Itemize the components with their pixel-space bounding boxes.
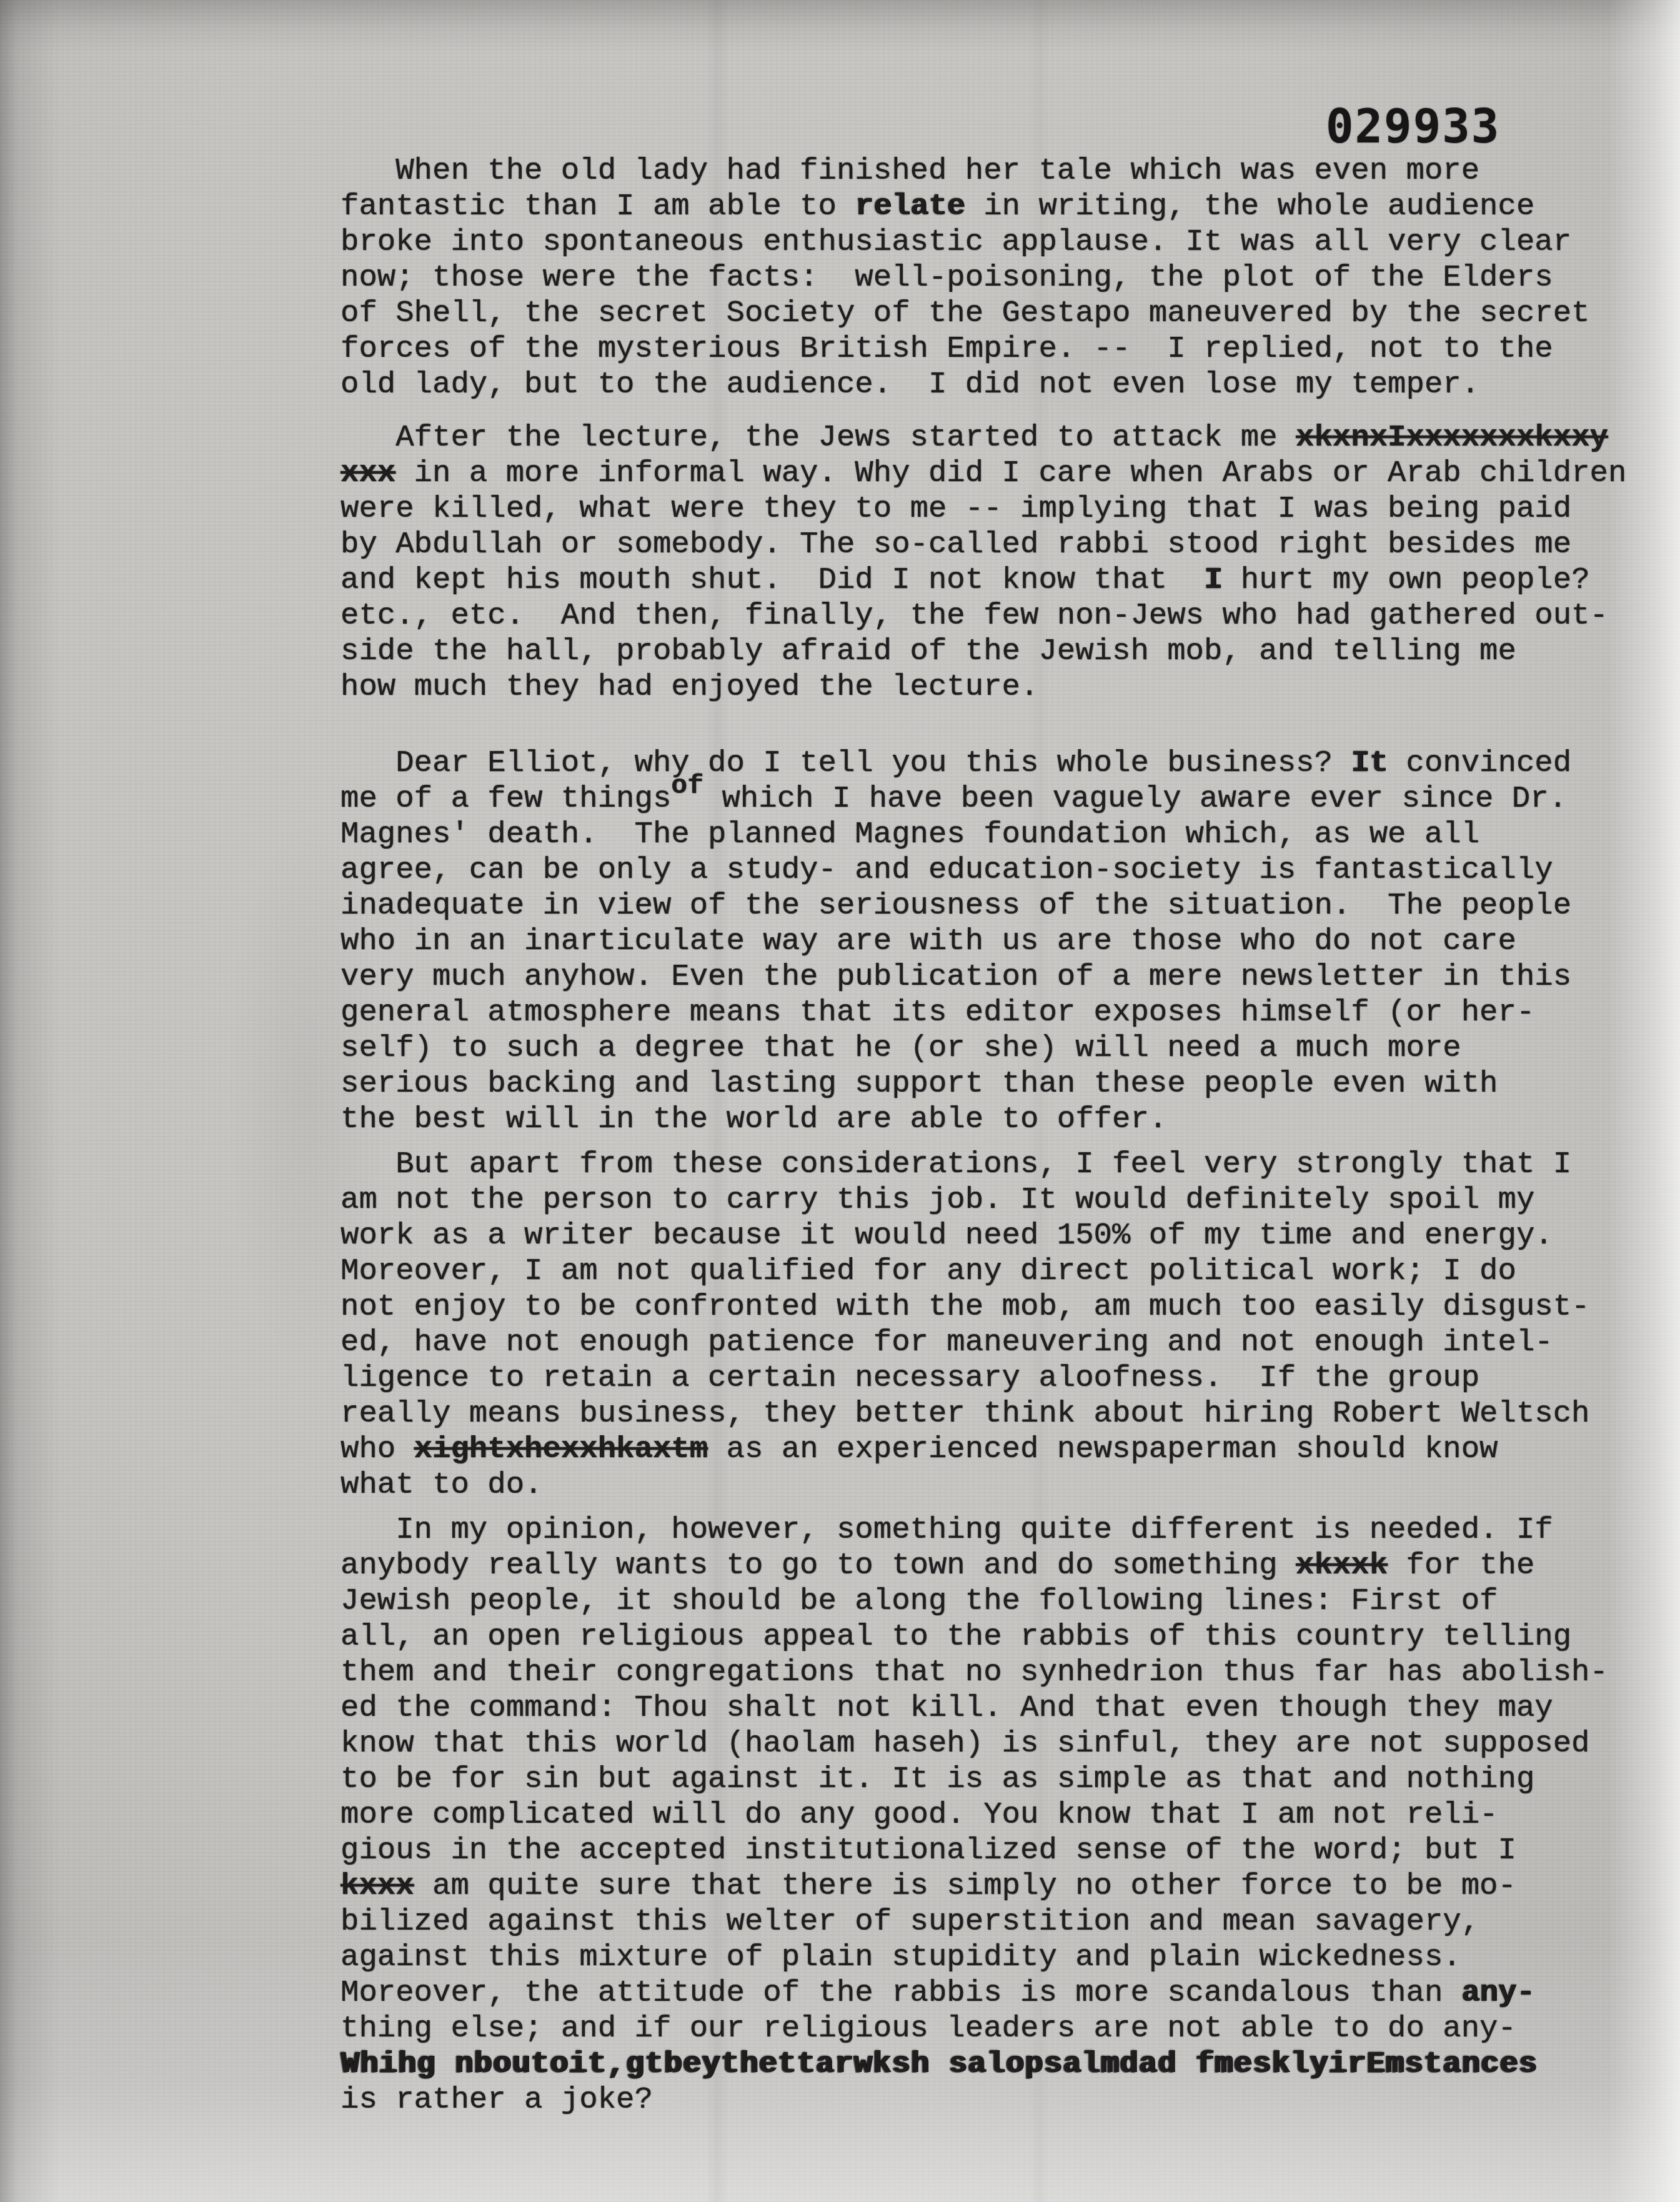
text-line: In my opinion, however, something quite … xyxy=(340,1512,1608,1548)
text-segment: not enjoy to be confronted with the mob,… xyxy=(340,1289,1590,1324)
text-line: am not the person to carry this job. It … xyxy=(340,1182,1590,1218)
text-segment: who xyxy=(340,1432,414,1467)
text-line: work as a writer because it would need 1… xyxy=(340,1218,1590,1253)
text-segment: in writing, the whole audience xyxy=(965,189,1535,224)
overtyped-garbled-line: Whihg nboutoit,gtbeythettarwksh salopsal… xyxy=(340,2046,1538,2081)
paragraph: In my opinion, however, something quite … xyxy=(340,1512,1608,2118)
text-segment: Moreover, I am not qualified for any dir… xyxy=(340,1253,1516,1288)
text-segment: serious backing and lasting support than… xyxy=(340,1066,1498,1101)
text-segment: the best will in the world are able to o… xyxy=(340,1102,1167,1137)
struck-out-text: xkxxk xyxy=(1296,1548,1388,1583)
text-segment: were killed, what were they to me -- imp… xyxy=(340,491,1571,526)
paragraph: When the old lady had finished her tale … xyxy=(340,153,1590,402)
text-segment: But apart from these considerations, I f… xyxy=(340,1147,1571,1182)
text-line: very much anyhow. Even the publication o… xyxy=(340,959,1571,995)
overtyped-text: I xyxy=(1204,562,1222,597)
text-segment: in a more informal way. Why did I care w… xyxy=(395,456,1626,491)
text-line: kxxx am quite sure that there is simply … xyxy=(340,1868,1608,1904)
text-line: anybody really wants to go to town and d… xyxy=(340,1548,1608,1583)
text-line: not enjoy to be confronted with the mob,… xyxy=(340,1289,1590,1325)
text-segment: more complicated will do any good. You k… xyxy=(340,1797,1498,1832)
text-line: When the old lady had finished her tale … xyxy=(340,153,1590,189)
text-line: by Abdullah or somebody. The so-called r… xyxy=(340,527,1626,562)
text-line: serious backing and lasting support than… xyxy=(340,1066,1571,1102)
text-segment: what to do. xyxy=(340,1467,542,1502)
letter-text-block: When the old lady had finished her tale … xyxy=(0,0,1680,2202)
inserted-above-text: of xyxy=(671,770,703,801)
text-segment: and kept his mouth shut. Did I not know … xyxy=(340,562,1204,597)
text-segment: which I have been vaguely aware ever sin… xyxy=(703,781,1567,816)
overtyped-text: relate xyxy=(855,189,965,224)
text-line: and kept his mouth shut. Did I not know … xyxy=(340,562,1626,598)
text-line: really means business, they better think… xyxy=(340,1396,1590,1432)
text-line: to be for sin but against it. It is as s… xyxy=(340,1761,1608,1797)
text-line: self) to such a degree that he (or she) … xyxy=(340,1030,1571,1066)
text-segment: know that this world (haolam haseh) is s… xyxy=(340,1726,1590,1761)
text-segment: by Abdullah or somebody. The so-called r… xyxy=(340,527,1571,562)
text-segment: work as a writer because it would need 1… xyxy=(340,1218,1553,1253)
struck-out-text: xkxnxIxxxxxxxkxxy xyxy=(1296,420,1608,455)
text-segment: old lady, but to the audience. I did not… xyxy=(340,367,1479,402)
text-line: Whihg nboutoit,gtbeythettarwksh salopsal… xyxy=(340,2046,1608,2082)
text-segment: convinced xyxy=(1388,745,1571,780)
text-segment: as an experienced newspaperman should kn… xyxy=(708,1432,1498,1467)
text-segment: how much they had enjoyed the lecture. xyxy=(340,669,1038,704)
text-line: ligence to retain a certain necessary al… xyxy=(340,1360,1590,1396)
text-segment: bilized against this welter of superstit… xyxy=(340,1904,1479,1939)
text-segment: ligence to retain a certain necessary al… xyxy=(340,1360,1479,1395)
text-line: old lady, but to the audience. I did not… xyxy=(340,367,1590,402)
text-segment: me of a few things xyxy=(340,781,671,816)
text-line: of Shell, the secret Society of the Gest… xyxy=(340,296,1590,331)
text-line: who in an inarticulate way are with us a… xyxy=(340,924,1571,959)
text-line: side the hall, probably afraid of the Je… xyxy=(340,634,1626,669)
text-segment: of Shell, the secret Society of the Gest… xyxy=(340,296,1590,331)
text-segment: am quite sure that there is simply no ot… xyxy=(414,1868,1516,1903)
text-line: how much they had enjoyed the lecture. xyxy=(340,669,1626,705)
text-segment: against this mixture of plain stupidity … xyxy=(340,1940,1461,1975)
text-line: all, an open religious appeal to the rab… xyxy=(340,1619,1608,1655)
text-line: bilized against this welter of superstit… xyxy=(340,1904,1608,1940)
text-line: xxx in a more informal way. Why did I ca… xyxy=(340,456,1626,491)
text-segment: anybody really wants to go to town and d… xyxy=(340,1548,1296,1583)
text-segment: is rather a joke? xyxy=(340,2082,653,2117)
text-line: But apart from these considerations, I f… xyxy=(340,1147,1590,1182)
text-line: gious in the accepted institutionalized … xyxy=(340,1833,1608,1868)
text-segment: general atmosphere means that its editor… xyxy=(340,995,1534,1030)
text-segment: Moreover, the attitude of the rabbis is … xyxy=(340,1975,1461,2010)
text-segment: self) to such a degree that he (or she) … xyxy=(340,1030,1461,1065)
struck-out-text: kxxx xyxy=(340,1868,414,1903)
text-segment: After the lecture, the Jews started to a… xyxy=(340,420,1296,455)
text-segment: When the old lady had finished her tale … xyxy=(340,153,1479,188)
text-segment: ed, have not enough patience for maneuve… xyxy=(340,1325,1553,1360)
text-segment: them and their congregations that no syn… xyxy=(340,1655,1608,1690)
text-segment: fantastic than I am able to xyxy=(340,189,855,224)
text-segment: to be for sin but against it. It is as s… xyxy=(340,1761,1534,1796)
text-line: etc., etc. And then, finally, the few no… xyxy=(340,598,1626,634)
text-line: Moreover, I am not qualified for any dir… xyxy=(340,1253,1590,1289)
text-segment: hurt my own people? xyxy=(1222,562,1589,597)
text-line: broke into spontaneous enthusiastic appl… xyxy=(340,224,1590,260)
text-line: what to do. xyxy=(340,1467,1590,1503)
text-segment: am not the person to carry this job. It … xyxy=(340,1182,1534,1217)
text-line: against this mixture of plain stupidity … xyxy=(340,1940,1608,1975)
text-segment: all, an open religious appeal to the rab… xyxy=(340,1619,1571,1654)
text-segment: ed the command: Thou shalt not kill. And… xyxy=(340,1690,1553,1725)
text-line: thing else; and if our religious leaders… xyxy=(340,2011,1608,2046)
text-segment: Jewish people, it should be along the fo… xyxy=(340,1583,1498,1618)
paragraph: After the lecture, the Jews started to a… xyxy=(340,420,1626,705)
text-segment: for the xyxy=(1388,1548,1534,1583)
text-line: Jewish people, it should be along the fo… xyxy=(340,1583,1608,1619)
document-page: 029933 When the old lady had finished he… xyxy=(0,0,1680,2202)
text-segment: etc., etc. And then, finally, the few no… xyxy=(340,598,1608,633)
paragraph: But apart from these considerations, I f… xyxy=(340,1147,1590,1503)
text-line: ed the command: Thou shalt not kill. And… xyxy=(340,1690,1608,1726)
text-line: After the lecture, the Jews started to a… xyxy=(340,420,1626,456)
text-line: agree, can be only a study- and educatio… xyxy=(340,852,1571,888)
text-line: is rather a joke? xyxy=(340,2082,1608,2118)
text-line: the best will in the world are able to o… xyxy=(340,1102,1571,1137)
text-segment: In my opinion, however, something quite … xyxy=(340,1512,1553,1547)
text-line: general atmosphere means that its editor… xyxy=(340,995,1571,1030)
overtyped-text: It xyxy=(1351,745,1388,780)
text-line: know that this world (haolam haseh) is s… xyxy=(340,1726,1608,1761)
struck-out-text: xxx xyxy=(340,456,395,491)
text-segment: thing else; and if our religious leaders… xyxy=(340,2011,1516,2046)
text-line: me of a few thingsof which I have been v… xyxy=(340,781,1571,817)
text-line: them and their congregations that no syn… xyxy=(340,1655,1608,1690)
text-segment: side the hall, probably afraid of the Je… xyxy=(340,634,1516,669)
text-line: inadequate in view of the seriousness of… xyxy=(340,888,1571,924)
text-segment: broke into spontaneous enthusiastic appl… xyxy=(340,224,1571,259)
text-line: were killed, what were they to me -- imp… xyxy=(340,491,1626,527)
text-line: Magnes' death. The planned Magnes founda… xyxy=(340,817,1571,852)
text-segment: who in an inarticulate way are with us a… xyxy=(340,924,1516,959)
text-line: more complicated will do any good. You k… xyxy=(340,1797,1608,1833)
struck-out-text: xightxhexxhkaxtm xyxy=(414,1432,708,1467)
text-segment: gious in the accepted institutionalized … xyxy=(340,1833,1516,1868)
text-line: forces of the mysterious British Empire.… xyxy=(340,331,1590,367)
text-line: now; those were the facts: well-poisonin… xyxy=(340,260,1590,296)
paragraph: Dear Elliot, why do I tell you this whol… xyxy=(340,745,1571,1137)
text-segment: now; those were the facts: well-poisonin… xyxy=(340,260,1553,295)
text-segment: very much anyhow. Even the publication o… xyxy=(340,959,1571,994)
text-segment: agree, can be only a study- and educatio… xyxy=(340,852,1553,887)
text-line: Dear Elliot, why do I tell you this whol… xyxy=(340,745,1571,781)
text-segment: forces of the mysterious British Empire.… xyxy=(340,331,1553,366)
text-line: Moreover, the attitude of the rabbis is … xyxy=(340,1975,1608,2011)
text-line: fantastic than I am able to relate in wr… xyxy=(340,189,1590,224)
text-line: who xightxhexxhkaxtm as an experienced n… xyxy=(340,1432,1590,1467)
text-segment: inadequate in view of the seriousness of… xyxy=(340,888,1571,923)
text-segment: Dear Elliot, why do I tell you this whol… xyxy=(340,745,1351,780)
text-segment: really means business, they better think… xyxy=(340,1396,1590,1431)
overtyped-text: any- xyxy=(1461,1975,1535,2010)
text-line: ed, have not enough patience for maneuve… xyxy=(340,1325,1590,1360)
text-segment: Magnes' death. The planned Magnes founda… xyxy=(340,817,1479,852)
